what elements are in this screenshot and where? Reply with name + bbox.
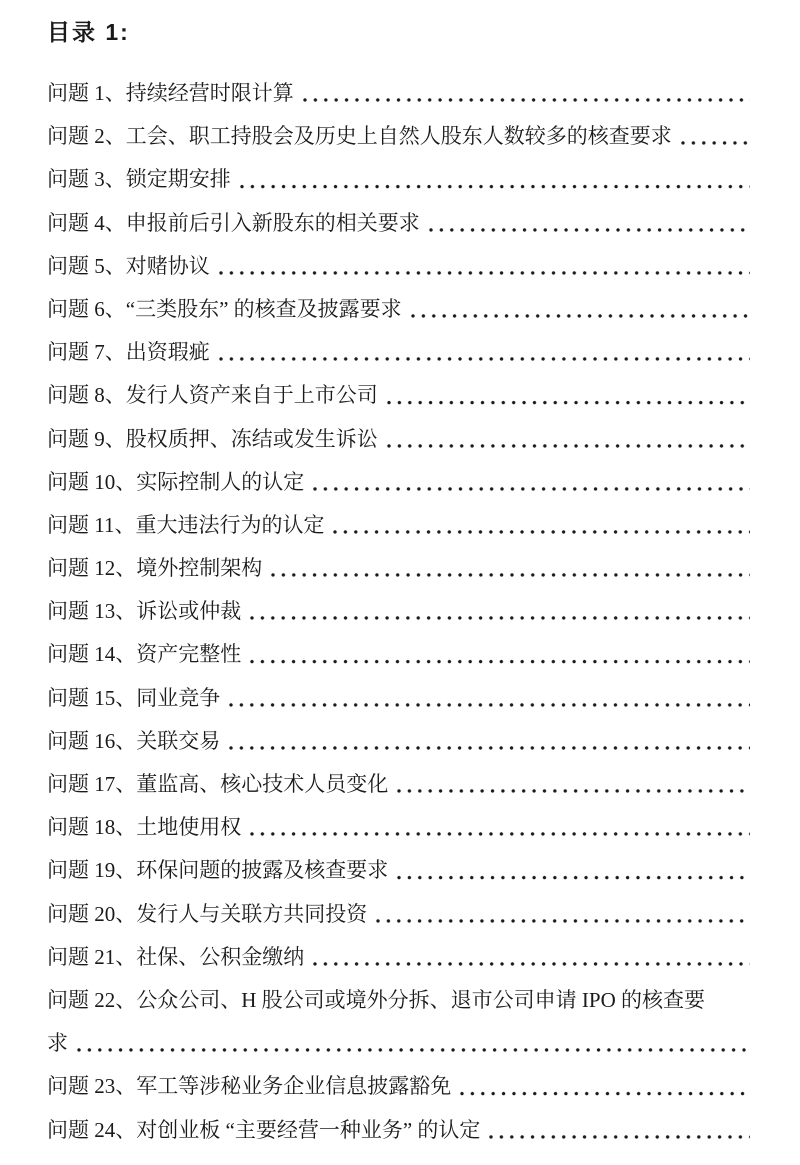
toc-entry-line: 求: [47, 1022, 750, 1065]
toc-entry-line: 问题 19、环保问题的披露及核查要求: [47, 849, 750, 892]
toc-entry-text: 问题 8、发行人资产来自于上市公司: [47, 374, 378, 417]
toc-entry-text: 问题 2、工会、职工持股会及历史上自然人股东人数较多的核查要求: [47, 115, 672, 158]
dot-leader: [384, 374, 750, 417]
toc-entry-line: 问题 8、发行人资产来自于上市公司: [47, 374, 750, 417]
toc-entry-text: 问题 13、诉讼或仲裁: [47, 590, 241, 633]
dot-leader: [408, 288, 750, 331]
dot-leader: [226, 720, 750, 763]
dot-leader: [226, 677, 750, 720]
dot-leader: [373, 893, 750, 936]
toc-entry-line: 问题 14、资产完整性: [47, 633, 750, 676]
toc-entry-line: 问题 6、“三类股东” 的核查及披露要求: [47, 288, 750, 331]
toc-entry-text: 问题 17、董监高、核心技术人员变化: [47, 763, 388, 806]
toc-entry-line: 问题 21、社保、公积金缴纳: [47, 936, 750, 979]
toc-entry-line: 问题 9、股权质押、冻结或发生诉讼: [47, 418, 750, 461]
toc-entry-line: 问题 3、锁定期安排: [47, 158, 750, 201]
dot-leader: [310, 461, 750, 504]
dot-leader: [268, 547, 750, 590]
dot-leader: [330, 504, 750, 547]
toc-entry-line: 问题 10、实际控制人的认定: [47, 461, 750, 504]
toc-entry-line: 问题 2、工会、职工持股会及历史上自然人股东人数较多的核查要求: [47, 115, 750, 158]
dot-leader: [300, 72, 750, 115]
toc-entry-text: 问题 5、对赌协议: [47, 245, 210, 288]
document-page: 目录 1: 问题 1、持续经营时限计算问题 2、工会、职工持股会及历史上自然人股…: [0, 0, 800, 1165]
dot-leader: [384, 418, 750, 461]
toc-entry-line: 问题 12、境外控制架构: [47, 547, 750, 590]
toc-entry-text: 问题 15、同业竞争: [47, 677, 220, 720]
dot-leader: [247, 590, 750, 633]
toc-list: 问题 1、持续经营时限计算问题 2、工会、职工持股会及历史上自然人股东人数较多的…: [47, 72, 750, 1152]
toc-entry-line: 问题 23、军工等涉秘业务企业信息披露豁免: [47, 1065, 750, 1108]
toc-entry-text: 问题 20、发行人与关联方共同投资: [47, 893, 367, 936]
toc-entry-line: 问题 24、对创业板 “主要经营一种业务” 的认定: [47, 1109, 750, 1152]
dot-leader: [394, 849, 750, 892]
toc-entry-text: 问题 19、环保问题的披露及核查要求: [47, 849, 388, 892]
toc-entry-text: 问题 4、申报前后引入新股东的相关要求: [47, 202, 420, 245]
toc-entry-text: 问题 18、土地使用权: [47, 806, 241, 849]
toc-entry-text: 问题 12、境外控制架构: [47, 547, 262, 590]
dot-leader: [310, 936, 750, 979]
dot-leader: [247, 806, 750, 849]
page-title: 目录 1:: [47, 16, 750, 48]
dot-leader: [216, 331, 750, 374]
toc-entry-text: 问题 24、对创业板 “主要经营一种业务” 的认定: [47, 1109, 480, 1152]
toc-entry-line: 问题 5、对赌协议: [47, 245, 750, 288]
toc-entry-line: 问题 22、公众公司、H 股公司或境外分拆、退市公司申请 IPO 的核查要: [47, 979, 750, 1022]
dot-leader: [237, 158, 750, 201]
toc-entry-line: 问题 17、董监高、核心技术人员变化: [47, 763, 750, 806]
toc-entry-text: 问题 6、“三类股东” 的核查及披露要求: [47, 288, 402, 331]
toc-entry-text: 问题 11、重大违法行为的认定: [47, 504, 324, 547]
toc-entry-line: 问题 11、重大违法行为的认定: [47, 504, 750, 547]
toc-entry-text: 问题 3、锁定期安排: [47, 158, 231, 201]
dot-leader: [678, 115, 750, 158]
dot-leader: [486, 1109, 750, 1152]
toc-entry-text: 问题 9、股权质押、冻结或发生诉讼: [47, 418, 378, 461]
dot-leader: [426, 202, 750, 245]
toc-entry-text: 问题 7、出资瑕疵: [47, 331, 210, 374]
toc-entry-line: 问题 20、发行人与关联方共同投资: [47, 893, 750, 936]
toc-entry-text: 求: [47, 1022, 68, 1065]
toc-entry-line: 问题 16、关联交易: [47, 720, 750, 763]
toc-entry-line: 问题 1、持续经营时限计算: [47, 72, 750, 115]
toc-entry-line: 问题 18、土地使用权: [47, 806, 750, 849]
toc-entry-text: 问题 23、军工等涉秘业务企业信息披露豁免: [47, 1065, 451, 1108]
toc-entry-line: 问题 4、申报前后引入新股东的相关要求: [47, 202, 750, 245]
toc-entry-text: 问题 16、关联交易: [47, 720, 220, 763]
toc-entry-text: 问题 21、社保、公积金缴纳: [47, 936, 304, 979]
toc-entry-text: 问题 14、资产完整性: [47, 633, 241, 676]
dot-leader: [74, 1022, 750, 1065]
dot-leader: [394, 763, 750, 806]
toc-entry-line: 问题 13、诉讼或仲裁: [47, 590, 750, 633]
toc-entry-line: 问题 7、出资瑕疵: [47, 331, 750, 374]
dot-leader: [457, 1065, 750, 1108]
toc-entry-line: 问题 15、同业竞争: [47, 677, 750, 720]
toc-entry-text: 问题 1、持续经营时限计算: [47, 72, 294, 115]
dot-leader: [216, 245, 750, 288]
toc-entry-text: 问题 22、公众公司、H 股公司或境外分拆、退市公司申请 IPO 的核查要: [47, 979, 705, 1022]
toc-entry-text: 问题 10、实际控制人的认定: [47, 461, 304, 504]
dot-leader: [247, 633, 750, 676]
